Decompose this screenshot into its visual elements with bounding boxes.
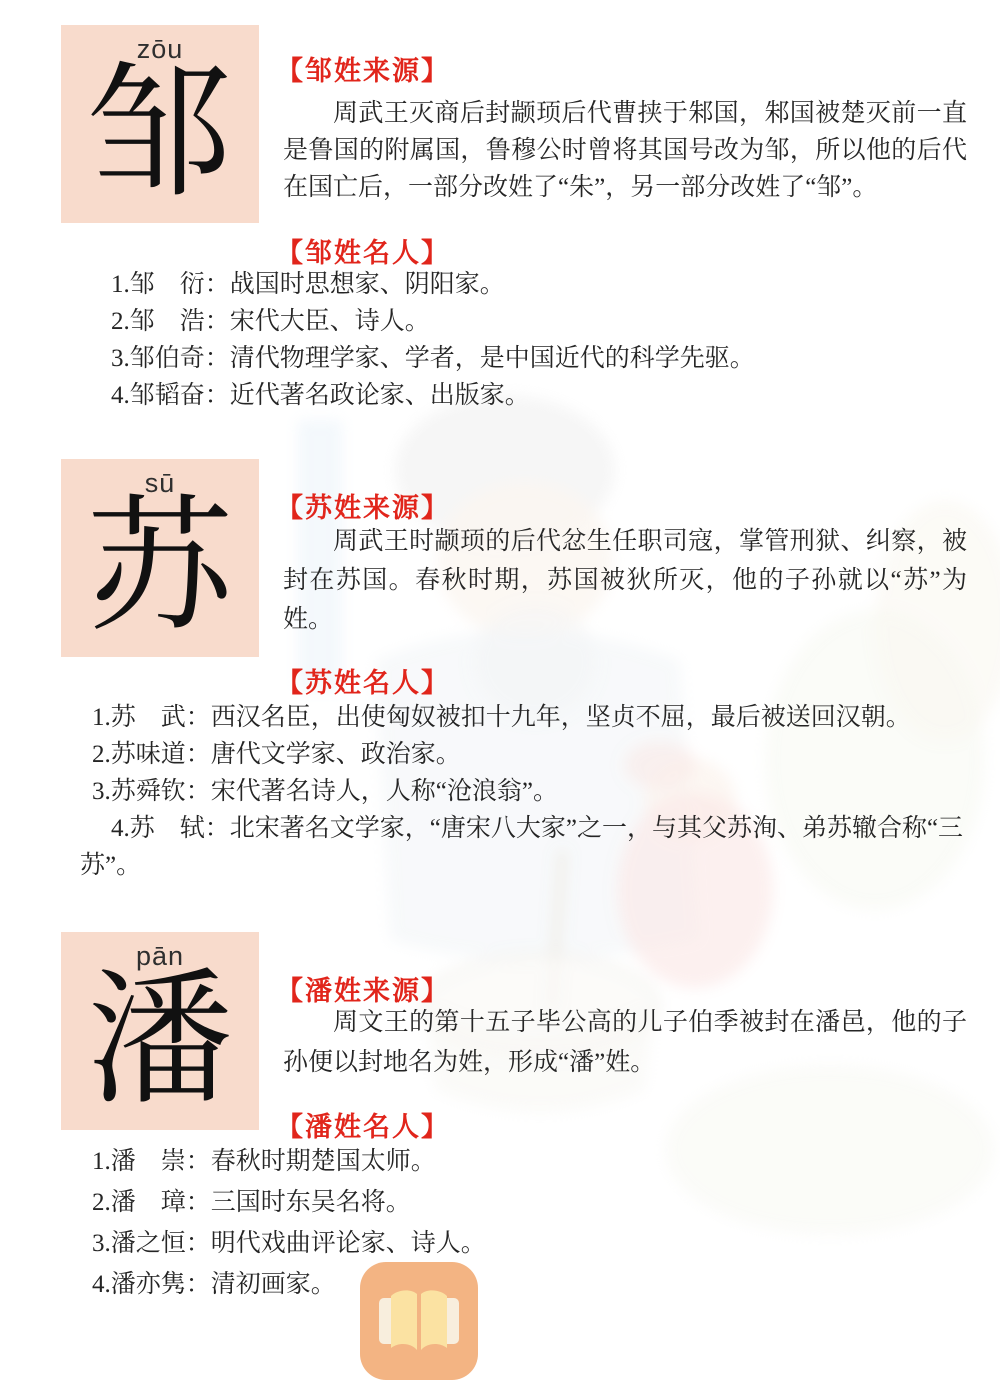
character-card-pan: pān 潘	[61, 932, 259, 1130]
surname-character: 潘	[61, 966, 259, 1116]
surname-section-pan: pān 潘 【潘姓来源】 周文王的第十五子毕公高的儿子伯季被封在潘邑，他的子孙便…	[0, 0, 1000, 1393]
surname-dictionary-page: zōu 邹 【邹姓来源】 周武王灭商后封颛顼后代曹挟于邾国，邾国被楚灭前一直是鲁…	[0, 0, 1000, 1393]
famous-people-list: 1.潘 崇：春秋时期楚国太师。 2.潘 璋：三国时东吴名将。 3.潘之恒：明代戏…	[80, 1141, 976, 1305]
open-book-icon	[377, 1286, 461, 1356]
list-item: 3.潘之恒：明代戏曲评论家、诗人。	[80, 1223, 976, 1264]
list-item: 2.潘 璋：三国时东吴名将。	[80, 1182, 976, 1223]
app-logo-watermark	[360, 1262, 478, 1380]
origin-paragraph: 周文王的第十五子毕公高的儿子伯季被封在潘邑，他的子孙便以封地名为姓，形成“潘”姓…	[283, 1003, 967, 1083]
list-item: 1.潘 崇：春秋时期楚国太师。	[80, 1141, 976, 1182]
famous-people-heading: 【潘姓名人】	[276, 1105, 450, 1144]
list-item: 4.潘亦隽：清初画家。	[80, 1264, 976, 1305]
